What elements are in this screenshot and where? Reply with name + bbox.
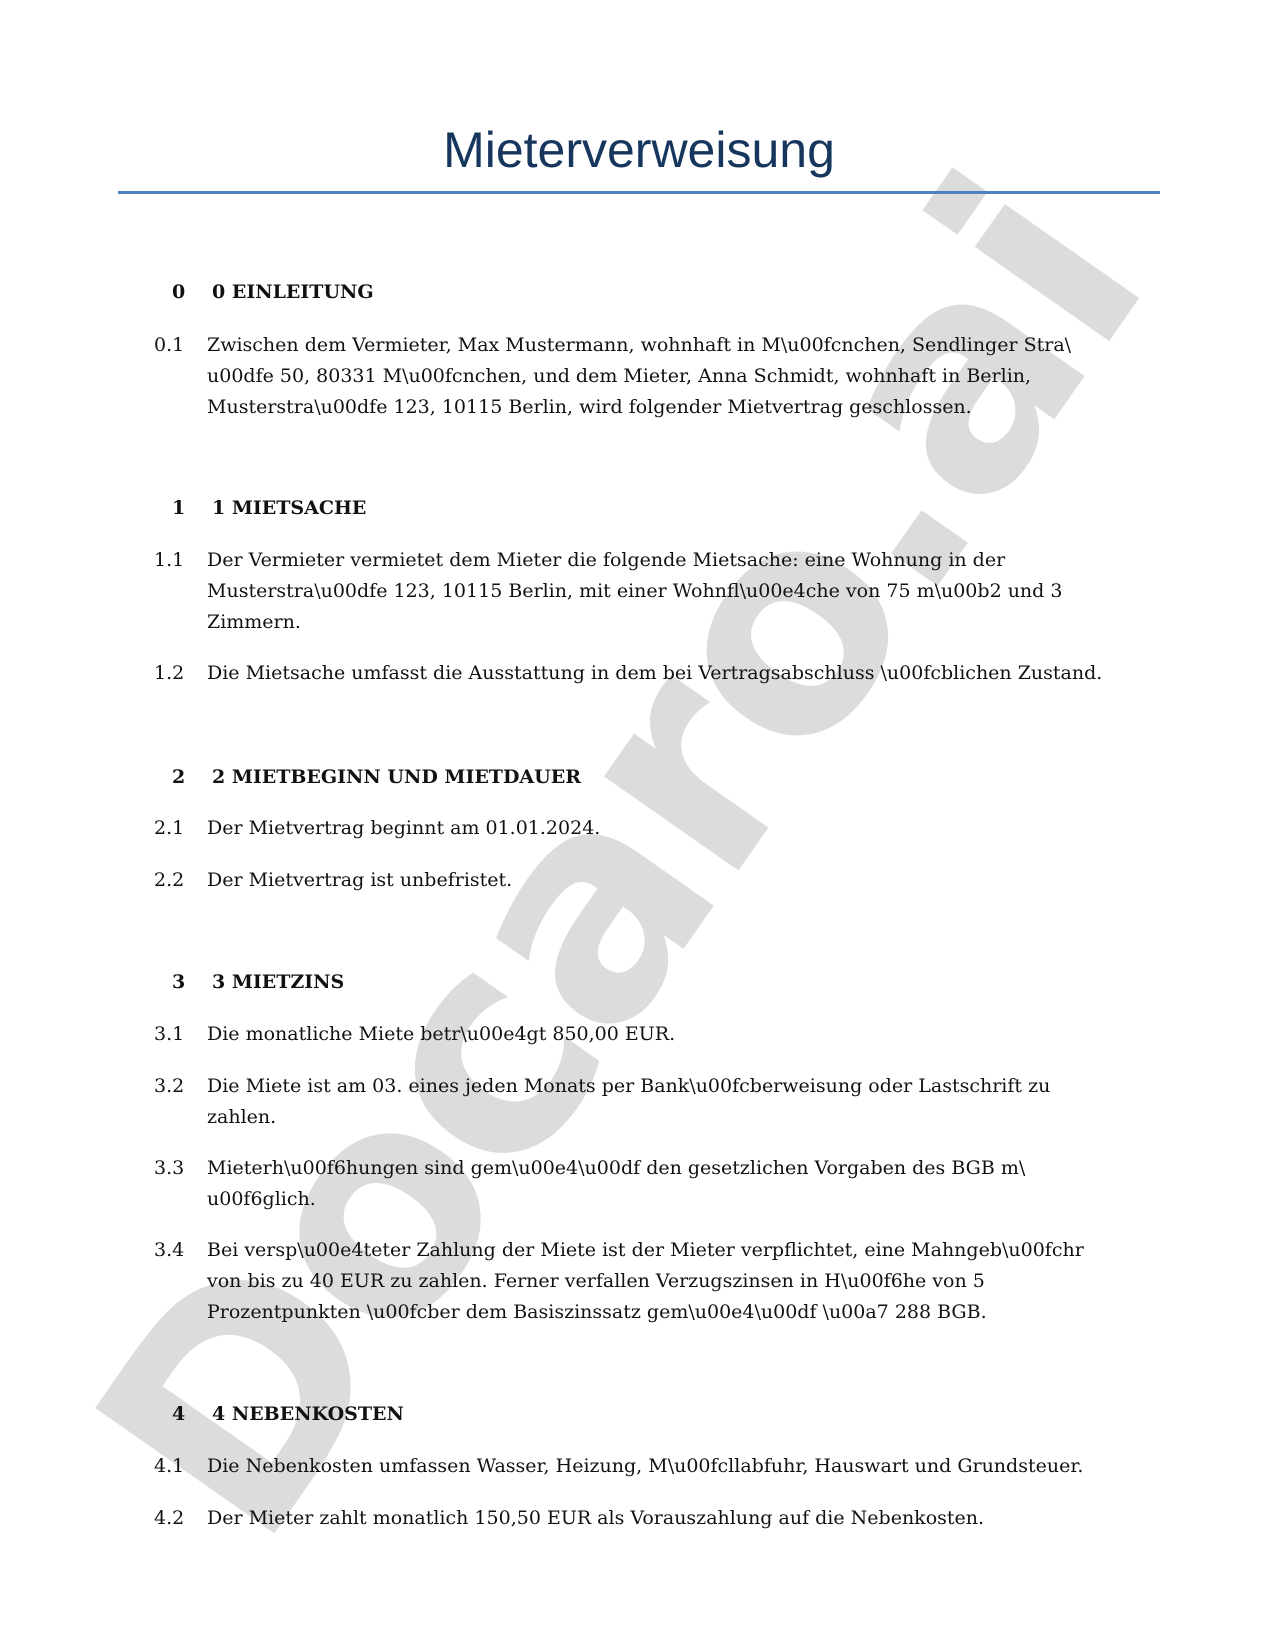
section-number: 2 — [172, 762, 185, 792]
clause-text: Der Vermieter vermietet dem Mieter die f… — [207, 545, 1112, 638]
clause-text: Die Mietsache umfasst die Ausstattung in… — [207, 658, 1112, 689]
section-heading-1: 1 1 MIETSACHE — [0, 493, 1275, 523]
clause-text: Die monatliche Miete betr\u00e4gt 850,00… — [207, 1019, 1112, 1050]
clause-number: 0.1 — [154, 330, 184, 361]
clause-number: 2.1 — [154, 813, 184, 844]
clause-number: 4.2 — [154, 1503, 184, 1534]
clause-text: Der Mietvertrag ist unbefristet. — [207, 865, 1112, 896]
clause-number: 1.1 — [154, 545, 184, 576]
clause-number: 3.3 — [154, 1153, 184, 1184]
section-heading-0: 0 0 EINLEITUNG — [0, 277, 1275, 307]
clause-text: Der Mieter zahlt monatlich 150,50 EUR al… — [207, 1503, 1112, 1534]
clause-text: Die Nebenkosten umfassen Wasser, Heizung… — [207, 1451, 1112, 1482]
document-page: Docaro.ai Mieterverweisung 0 0 EINLEITUN… — [0, 0, 1275, 1650]
clause-number: 3.4 — [154, 1235, 184, 1266]
section-number: 4 — [172, 1399, 185, 1429]
title-divider — [118, 191, 1160, 194]
clause-text: Zwischen dem Vermieter, Max Mustermann, … — [207, 330, 1112, 423]
clause-number: 1.2 — [154, 658, 184, 689]
section-title: 4 NEBENKOSTEN — [212, 1399, 404, 1429]
section-heading-4: 4 4 NEBENKOSTEN — [0, 1399, 1275, 1429]
clause-number: 4.1 — [154, 1451, 184, 1482]
section-title: 0 EINLEITUNG — [212, 277, 374, 307]
clause-text: Der Mietvertrag beginnt am 01.01.2024. — [207, 813, 1112, 844]
clause-number: 2.2 — [154, 865, 184, 896]
clause-number: 3.1 — [154, 1019, 184, 1050]
clause-number: 3.2 — [154, 1071, 184, 1102]
section-title: 2 MIETBEGINN UND MIETDAUER — [212, 762, 581, 792]
clause-text: Bei versp\u00e4teter Zahlung der Miete i… — [207, 1235, 1112, 1328]
section-number: 0 — [172, 277, 185, 307]
section-number: 1 — [172, 493, 185, 523]
clause-text: Mieterh\u00f6hungen sind gem\u00e4\u00df… — [207, 1153, 1112, 1215]
section-number: 3 — [172, 967, 185, 997]
section-heading-2: 2 2 MIETBEGINN UND MIETDAUER — [0, 762, 1275, 792]
document-title: Mieterverweisung — [118, 118, 1160, 182]
clause-text: Die Miete ist am 03. eines jeden Monats … — [207, 1071, 1112, 1133]
section-title: 1 MIETSACHE — [212, 493, 366, 523]
section-title: 3 MIETZINS — [212, 967, 344, 997]
section-heading-3: 3 3 MIETZINS — [0, 967, 1275, 997]
